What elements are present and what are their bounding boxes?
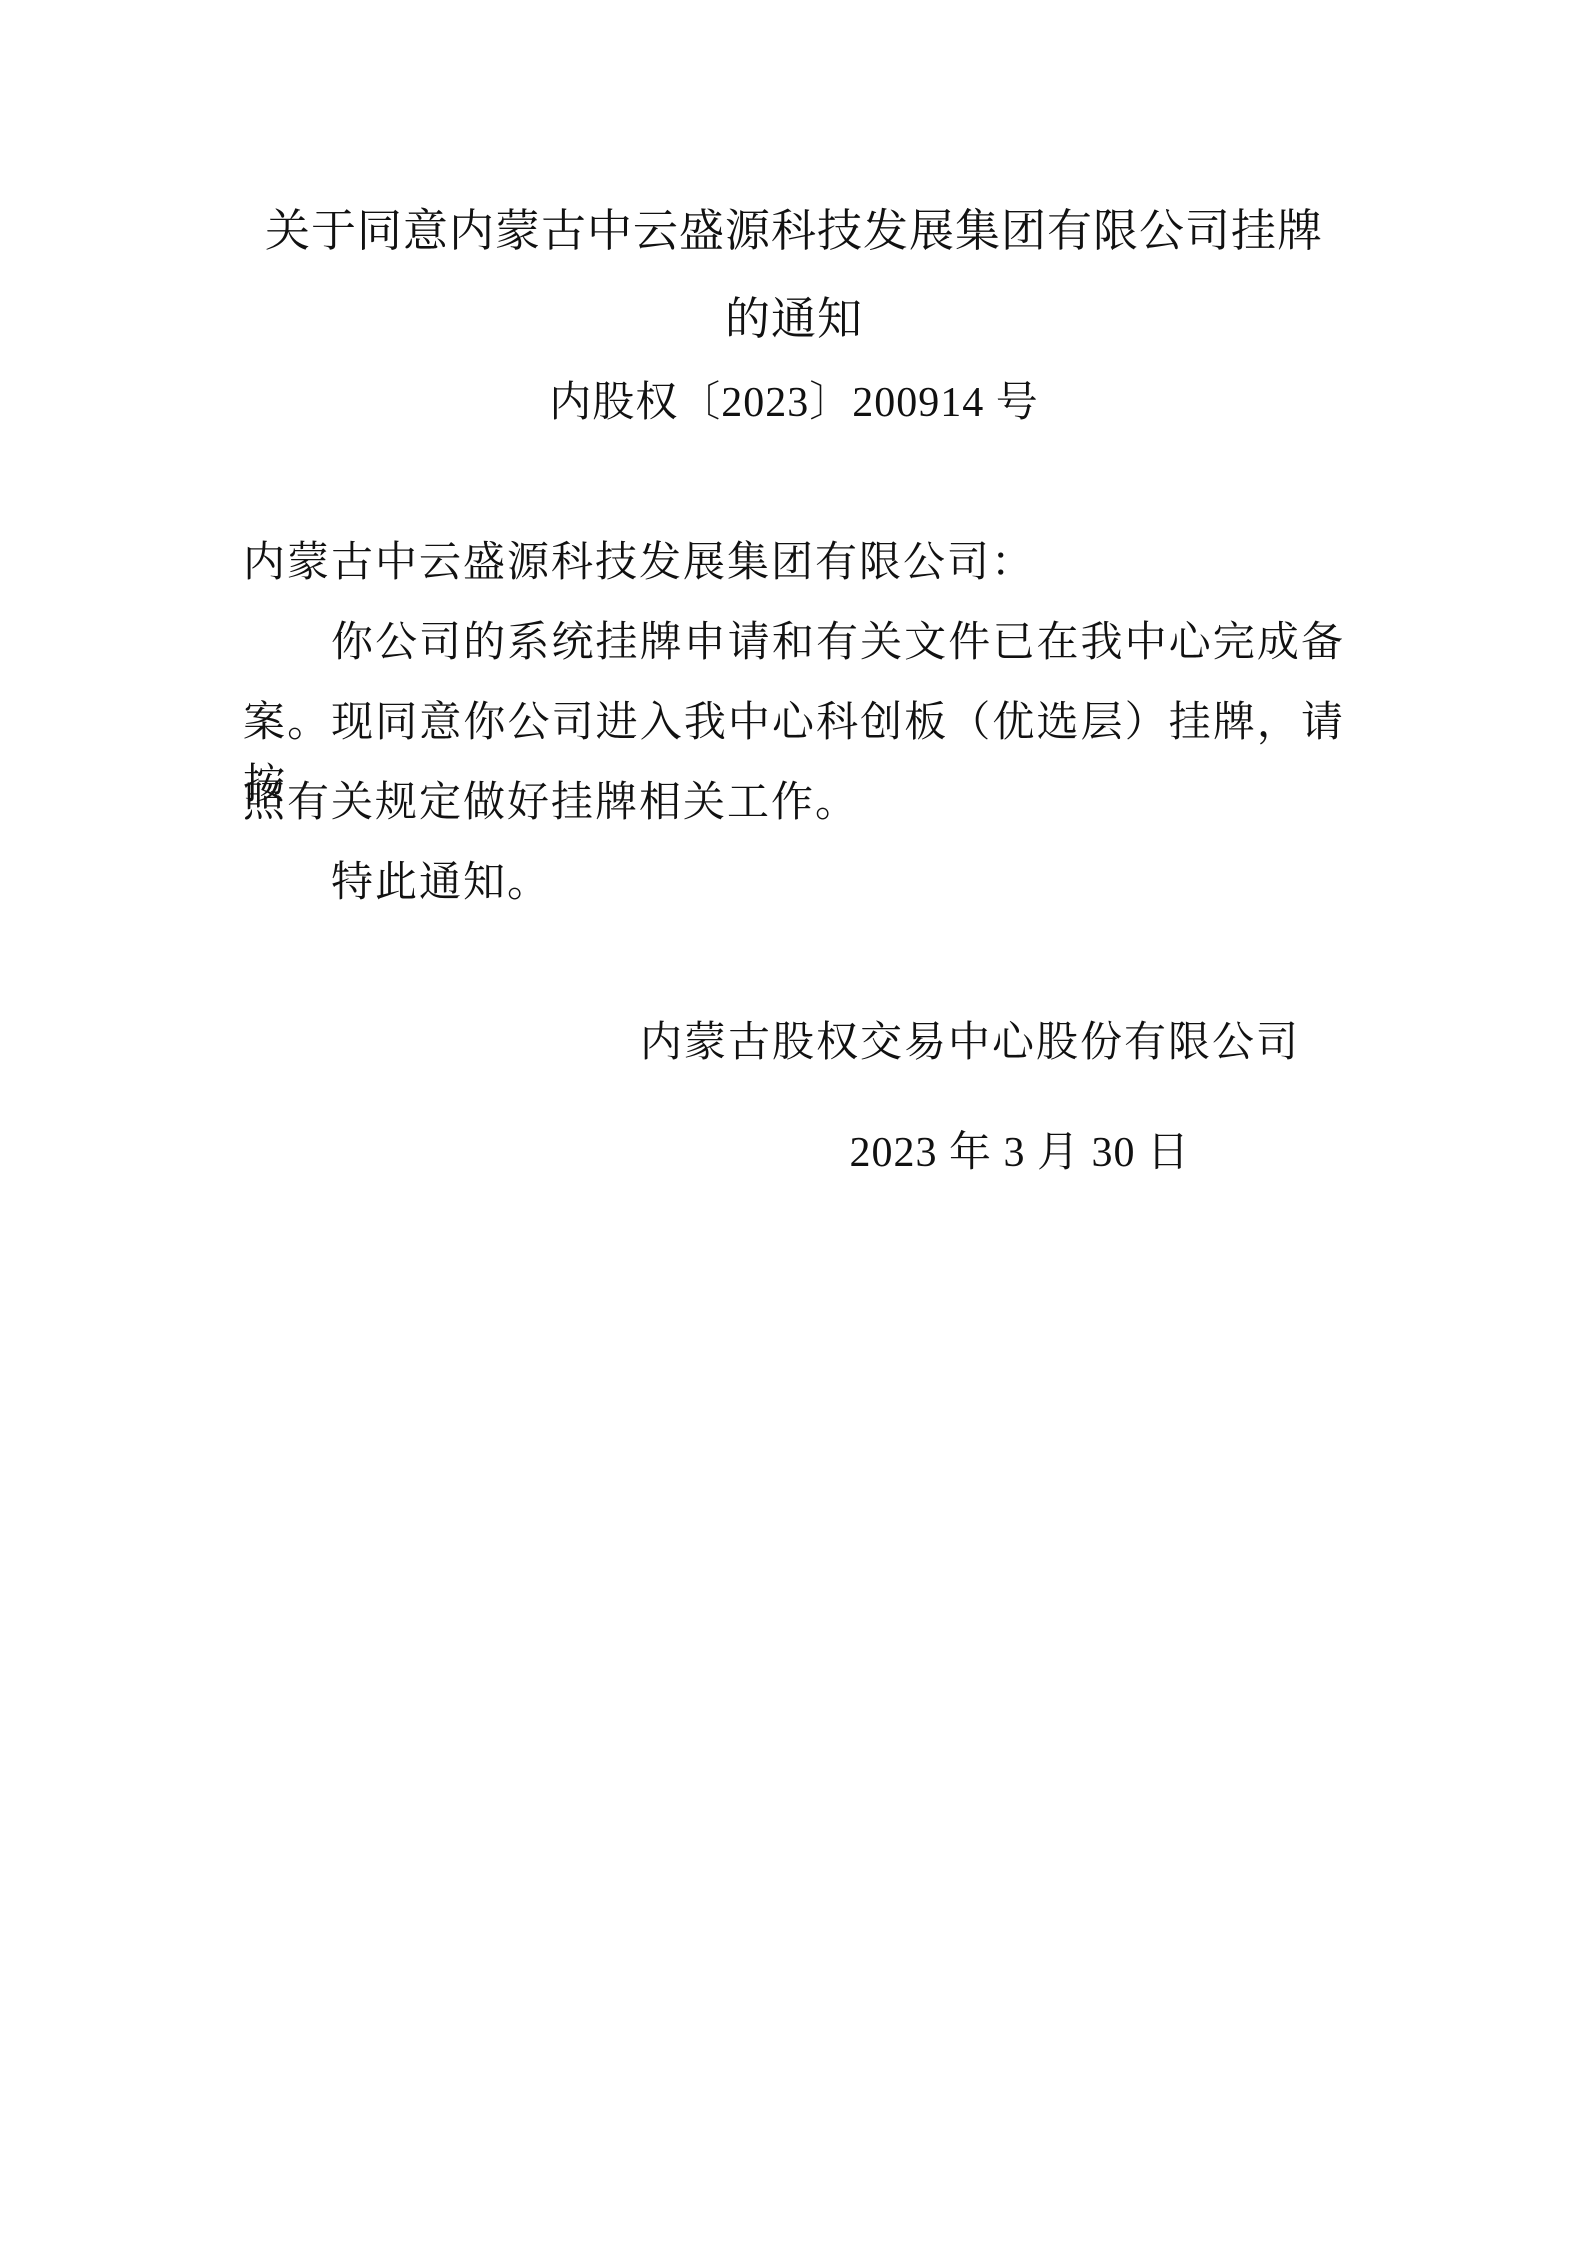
body-paragraph-line-1: 你公司的系统挂牌申请和有关文件已在我中心完成备 xyxy=(243,612,1345,674)
document-title-line-2: 的通知 xyxy=(243,288,1345,350)
notice-document-page: 关于同意内蒙古中云盛源科技发展集团有限公司挂牌 的通知 内股权〔2023〕200… xyxy=(0,0,1587,2245)
body-paragraph-line-3: 照有关规定做好挂牌相关工作。 xyxy=(243,772,1345,834)
issue-date: 2023 年 3 月 30 日 xyxy=(0,1122,1190,1184)
document-title-line-1: 关于同意内蒙古中云盛源科技发展集团有限公司挂牌 xyxy=(243,200,1345,262)
issuing-organization-signature: 内蒙古股权交易中心股份有限公司 xyxy=(0,1012,1300,1074)
closing-remark: 特此通知。 xyxy=(243,852,1345,914)
document-reference-number: 内股权〔2023〕200914 号 xyxy=(243,372,1345,434)
addressee-salutation: 内蒙古中云盛源科技发展集团有限公司： xyxy=(243,532,1345,594)
